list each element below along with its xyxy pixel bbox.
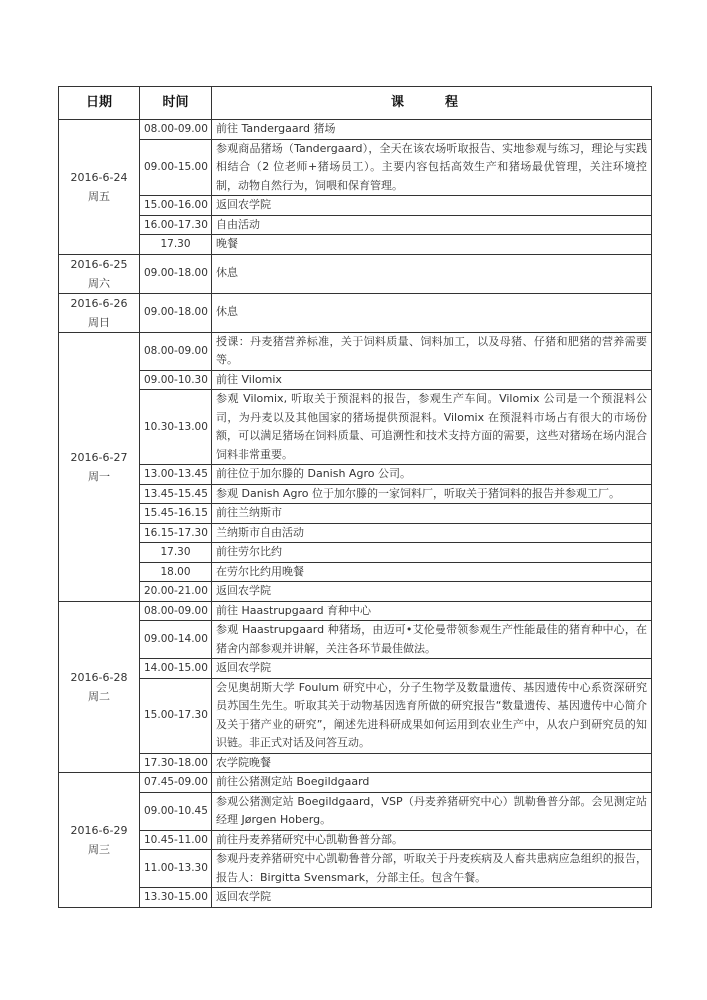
course-cell: 返回农学院 — [212, 196, 652, 216]
time-cell: 09.00-10.30 — [140, 370, 212, 390]
course-cell: 参观 Vilomix, 听取关于预混料的报告，参观生产车间。Vilomix 公司… — [212, 390, 652, 465]
course-cell: 前往 Vilomix — [212, 370, 652, 390]
table-row: 15.00-17.30 会见奥胡斯大学 Foulum 研究中心，分子生物学及数量… — [59, 678, 652, 753]
date-label: 2016-6-26 — [63, 294, 135, 313]
time-cell: 10.30-13.00 — [140, 390, 212, 465]
date-label: 2016-6-29 — [63, 821, 135, 840]
course-cell: 返回农学院 — [212, 888, 652, 908]
date-cell: 2016-6-27 周一 — [59, 332, 140, 601]
time-cell: 09.00-15.00 — [140, 139, 212, 196]
time-cell: 17.30 — [140, 235, 212, 255]
weekday-label: 周五 — [63, 187, 135, 206]
course-cell: 会见奥胡斯大学 Foulum 研究中心，分子生物学及数量遗传、基因遗传中心系资深… — [212, 678, 652, 753]
time-cell: 07.45-09.00 — [140, 773, 212, 793]
schedule-page: 日期 时间 课 程 2016-6-24 周五 08.00-09.00 前往 Ta… — [58, 86, 651, 908]
time-cell: 13.00-13.45 — [140, 465, 212, 485]
date-cell: 2016-6-28 周二 — [59, 601, 140, 773]
time-cell: 17.30-18.00 — [140, 753, 212, 773]
table-row: 13.30-15.00 返回农学院 — [59, 888, 652, 908]
course-cell: 参观丹麦养猪研究中心凯勒鲁普分部，听取关于丹麦疾病及人畜共患病应急组织的报告，报… — [212, 850, 652, 888]
course-cell: 前往 Tandergaard 猪场 — [212, 120, 652, 140]
course-cell: 返回农学院 — [212, 582, 652, 602]
time-cell: 15.00-17.30 — [140, 678, 212, 753]
date-label: 2016-6-25 — [63, 255, 135, 274]
table-row: 16.15-17.30 兰纳斯市自由活动 — [59, 523, 652, 543]
date-label: 2016-6-27 — [63, 448, 135, 467]
weekday-label: 周二 — [63, 687, 135, 706]
table-row: 2016-6-25 周六 09.00-18.00 休息 — [59, 254, 652, 293]
table-row: 2016-6-29 周三 07.45-09.00 前往公猪测定站 Boegild… — [59, 773, 652, 793]
table-row: 2016-6-26 周日 09.00-18.00 休息 — [59, 293, 652, 332]
time-cell: 15.45-16.15 — [140, 504, 212, 524]
course-cell: 自由活动 — [212, 215, 652, 235]
table-row: 2016-6-24 周五 08.00-09.00 前往 Tandergaard … — [59, 120, 652, 140]
time-cell: 17.30 — [140, 543, 212, 563]
date-label: 2016-6-28 — [63, 668, 135, 687]
course-cell: 返回农学院 — [212, 659, 652, 679]
table-row: 09.00-10.45 参观公猪测定站 Boegildgaard，VSP（丹麦养… — [59, 792, 652, 830]
time-cell: 15.00-16.00 — [140, 196, 212, 216]
course-cell: 前往丹麦养猪研究中心凯勒鲁普分部。 — [212, 830, 652, 850]
table-row: 15.00-16.00 返回农学院 — [59, 196, 652, 216]
date-cell: 2016-6-24 周五 — [59, 120, 140, 255]
course-cell: 前往公猪测定站 Boegildgaard — [212, 773, 652, 793]
time-cell: 18.00 — [140, 562, 212, 582]
course-cell: 兰纳斯市自由活动 — [212, 523, 652, 543]
course-cell: 前往劳尔比约 — [212, 543, 652, 563]
course-cell: 晚餐 — [212, 235, 652, 255]
header-date: 日期 — [59, 87, 140, 120]
time-cell: 09.00-14.00 — [140, 621, 212, 659]
time-cell: 20.00-21.00 — [140, 582, 212, 602]
table-row: 17.30 晚餐 — [59, 235, 652, 255]
weekday-label: 周日 — [63, 313, 135, 332]
date-cell: 2016-6-25 周六 — [59, 254, 140, 293]
course-cell: 参观商品猪场（Tandergaard），全天在该农场听取报告、实地参观与练习，理… — [212, 139, 652, 196]
table-row: 09.00-14.00 参观 Haastrupgaard 种猪场，由迈可•艾伦曼… — [59, 621, 652, 659]
table-row: 15.45-16.15 前往兰纳斯市 — [59, 504, 652, 524]
table-row: 20.00-21.00 返回农学院 — [59, 582, 652, 602]
table-row: 14.00-15.00 返回农学院 — [59, 659, 652, 679]
time-cell: 09.00-10.45 — [140, 792, 212, 830]
course-cell: 在劳尔比约用晚餐 — [212, 562, 652, 582]
table-row: 09.00-10.30 前往 Vilomix — [59, 370, 652, 390]
time-cell: 11.00-13.30 — [140, 850, 212, 888]
table-row: 10.45-11.00 前往丹麦养猪研究中心凯勒鲁普分部。 — [59, 830, 652, 850]
header-row: 日期 时间 课 程 — [59, 87, 652, 120]
course-cell: 休息 — [212, 254, 652, 293]
time-cell: 08.00-09.00 — [140, 332, 212, 370]
course-cell: 参观 Danish Agro 位于加尔滕的一家饲料厂，听取关于猪饲料的报告并参观… — [212, 484, 652, 504]
time-cell: 08.00-09.00 — [140, 601, 212, 621]
date-cell: 2016-6-29 周三 — [59, 773, 140, 908]
table-row: 2016-6-27 周一 08.00-09.00 授课：丹麦猪营养标准，关于饲料… — [59, 332, 652, 370]
time-cell: 09.00-18.00 — [140, 254, 212, 293]
course-cell: 前往位于加尔滕的 Danish Agro 公司。 — [212, 465, 652, 485]
table-row: 17.30 前往劳尔比约 — [59, 543, 652, 563]
table-row: 13.00-13.45 前往位于加尔滕的 Danish Agro 公司。 — [59, 465, 652, 485]
time-cell: 13.45-15.45 — [140, 484, 212, 504]
date-cell: 2016-6-26 周日 — [59, 293, 140, 332]
table-row: 11.00-13.30 参观丹麦养猪研究中心凯勒鲁普分部，听取关于丹麦疾病及人畜… — [59, 850, 652, 888]
time-cell: 13.30-15.00 — [140, 888, 212, 908]
table-row: 17.30-18.00 农学院晚餐 — [59, 753, 652, 773]
header-time: 时间 — [140, 87, 212, 120]
course-cell: 前往兰纳斯市 — [212, 504, 652, 524]
table-row: 2016-6-28 周二 08.00-09.00 前往 Haastrupgaar… — [59, 601, 652, 621]
time-cell: 10.45-11.00 — [140, 830, 212, 850]
header-course: 课 程 — [212, 87, 652, 120]
table-row: 09.00-15.00 参观商品猪场（Tandergaard），全天在该农场听取… — [59, 139, 652, 196]
time-cell: 09.00-18.00 — [140, 293, 212, 332]
time-cell: 16.00-17.30 — [140, 215, 212, 235]
course-cell: 参观 Haastrupgaard 种猪场，由迈可•艾伦曼带领参观生产性能最佳的猪… — [212, 621, 652, 659]
time-cell: 08.00-09.00 — [140, 120, 212, 140]
course-cell: 前往 Haastrupgaard 育种中心 — [212, 601, 652, 621]
course-cell: 授课：丹麦猪营养标准，关于饲料质量、饲料加工，以及母猪、仔猪和肥猪的营养需要等。 — [212, 332, 652, 370]
course-cell: 参观公猪测定站 Boegildgaard，VSP（丹麦养猪研究中心）凯勒鲁普分部… — [212, 792, 652, 830]
table-row: 13.45-15.45 参观 Danish Agro 位于加尔滕的一家饲料厂，听… — [59, 484, 652, 504]
weekday-label: 周三 — [63, 840, 135, 859]
course-cell: 休息 — [212, 293, 652, 332]
table-row: 16.00-17.30 自由活动 — [59, 215, 652, 235]
schedule-table: 日期 时间 课 程 2016-6-24 周五 08.00-09.00 前往 Ta… — [58, 86, 652, 908]
course-cell: 农学院晚餐 — [212, 753, 652, 773]
weekday-label: 周一 — [63, 467, 135, 486]
date-label: 2016-6-24 — [63, 168, 135, 187]
table-row: 10.30-13.00 参观 Vilomix, 听取关于预混料的报告，参观生产车… — [59, 390, 652, 465]
time-cell: 14.00-15.00 — [140, 659, 212, 679]
time-cell: 16.15-17.30 — [140, 523, 212, 543]
weekday-label: 周六 — [63, 274, 135, 293]
table-row: 18.00 在劳尔比约用晚餐 — [59, 562, 652, 582]
